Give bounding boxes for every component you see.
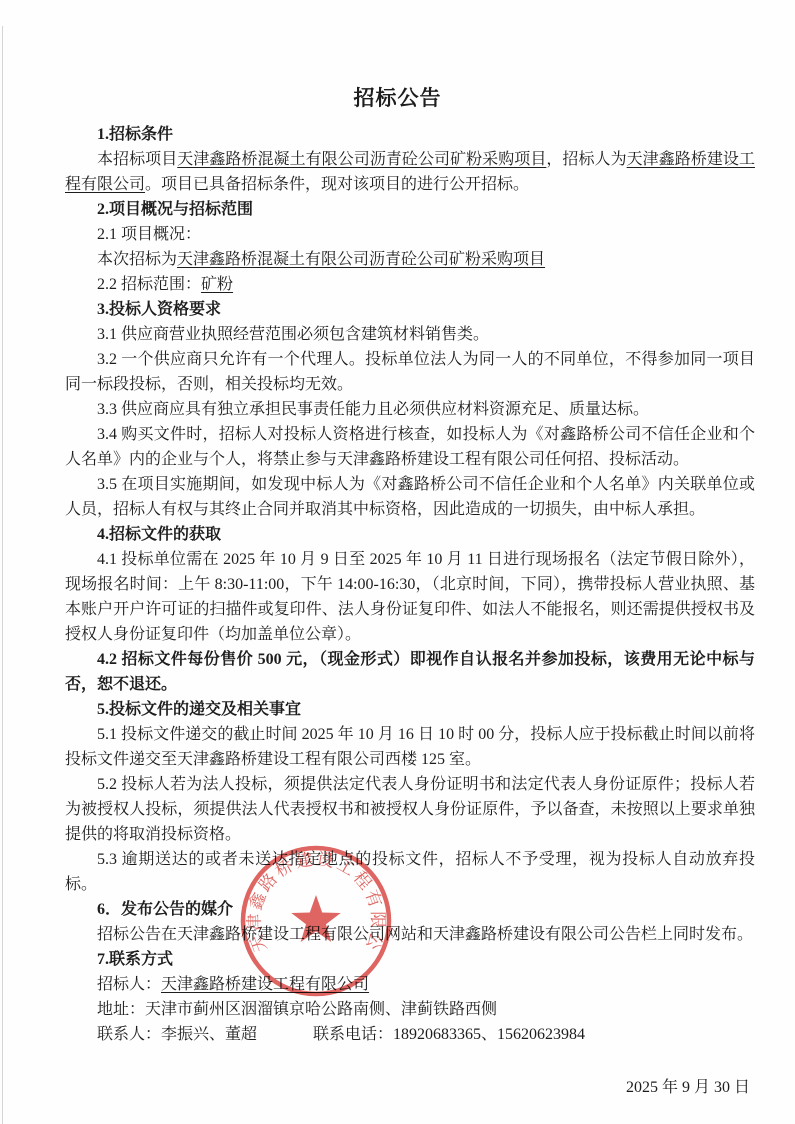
text-segment: 联系电话：18920683365、15620623984 [313,1026,585,1043]
paragraph: 地址：天津市蓟州区洇溜镇京哈公路南侧、津蓟铁路西侧 [65,997,755,1022]
text-segment: 地址：天津市蓟州区洇溜镇京哈公路南侧、津蓟铁路西侧 [97,1001,497,1018]
text-segment: 5.2 投标人若为法人投标，须提供法定代表人身份证明书和法定代表人身份证原件；投… [65,776,755,843]
text-segment: 6．发布公告的媒介 [97,901,233,918]
paragraph: 本次招标为天津鑫路桥混凝土有限公司沥青砼公司矿粉采购项目 [65,247,755,272]
document-page: 招标公告 1.招标条件本招标项目天津鑫路桥混凝土有限公司沥青砼公司矿粉采购项目，… [0,0,795,1124]
text-segment: 3.1 供应商营业执照经营范围必须包含建筑材料销售类。 [97,326,489,343]
text-segment: ，招标人为 [546,151,626,168]
text-segment: 7.联系方式 [97,951,173,968]
paragraph: 2.1 项目概况： [65,222,755,247]
text-segment: 5.3 逾期送达的或者未送达指定地点的投标文件，招标人不予受理，视为投标人自动放… [65,851,755,893]
text-segment: 5.投标文件的递交及相关事宜 [97,701,301,718]
text-segment: 2.项目概况与招标范围 [97,201,253,218]
text-segment: 2.2 招标范围： [97,276,201,293]
text-segment: 1.招标条件 [97,126,173,143]
text-segment: 联系人：李振兴、董超 [97,1026,257,1043]
text-segment: 招标公告在天津鑫路桥建设工程有限公司网站和天津鑫路桥建设有限公司公告栏上同时发布… [97,926,753,943]
paragraph: 3.3 供应商应具有独立承担民事责任能力且必须供应材料资源充足、质量达标。 [65,397,755,422]
date-line: 2025 年 9 月 30 日 [0,1074,795,1097]
underlined-text: 天津鑫路桥混凝土有限公司沥青砼公司矿粉采购项目 [177,251,545,268]
text-segment: 4.1 投标单位需在 2025 年 10 月 9 日至 2025 年 10 月 … [65,551,755,643]
paragraph: 3.1 供应商营业执照经营范围必须包含建筑材料销售类。 [65,322,755,347]
page-title: 招标公告 [0,82,795,112]
paragraph: 5.2 投标人若为法人投标，须提供法定代表人身份证明书和法定代表人身份证原件；投… [65,772,755,847]
text-segment: 本次招标为 [97,251,177,268]
text-segment: 3.5 在项目实施期间，如发现中标人为《对鑫路桥公司不信任企业和个人名单》内关联… [65,476,755,518]
section-heading: 4.招标文件的获取 [65,522,755,547]
section-heading: 7.联系方式 [65,947,755,972]
text-segment: 。项目已具备招标条件，现对该项目的进行公开招标。 [145,176,529,193]
text-segment: 3.2 一个供应商只允许有一个代理人。投标单位法人为同一人的不同单位，不得参加同… [65,351,755,393]
text-segment: 2.1 项目概况： [97,226,201,243]
paragraph: 招标人：天津鑫路桥建设工程有限公司 [65,972,755,997]
text-segment: 本招标项目 [97,151,177,168]
section-heading: 5.投标文件的递交及相关事宜 [65,697,755,722]
paragraph: 联系人：李振兴、董超联系电话：18920683365、15620623984 [65,1022,755,1047]
document-body: 1.招标条件本招标项目天津鑫路桥混凝土有限公司沥青砼公司矿粉采购项目，招标人为天… [65,122,755,1047]
paragraph: 3.4 购买文件时，招标人对投标人资格进行核查，如投标人为《对鑫路桥公司不信任企… [65,422,755,472]
section-heading: 3.投标人资格要求 [65,297,755,322]
text-segment: 3.3 供应商应具有独立承担民事责任能力且必须供应材料资源充足、质量达标。 [97,401,649,418]
text-segment: 4.招标文件的获取 [97,526,221,543]
text-segment: 3.4 购买文件时，招标人对投标人资格进行核查，如投标人为《对鑫路桥公司不信任企… [65,426,755,468]
paragraph: 招标公告在天津鑫路桥建设工程有限公司网站和天津鑫路桥建设有限公司公告栏上同时发布… [65,922,755,947]
underlined-text: 矿粉 [201,276,233,293]
text-segment: 4.2 招标文件每份售价 500 元，（现金形式）即视作自认报名并参加投标，该费… [65,651,755,693]
text-segment: 3.投标人资格要求 [97,301,221,318]
underlined-text: 天津鑫路桥建设工程有限公司 [161,976,369,993]
paragraph: 4.2 招标文件每份售价 500 元，（现金形式）即视作自认报名并参加投标，该费… [65,647,755,697]
paragraph: 2.2 招标范围：矿粉 [65,272,755,297]
text-segment: 5.1 投标文件递交的截止时间 2025 年 10 月 16 日 10 时 00… [65,726,755,768]
paragraph: 5.3 逾期送达的或者未送达指定地点的投标文件，招标人不予受理，视为投标人自动放… [65,847,755,897]
paragraph: 5.1 投标文件递交的截止时间 2025 年 10 月 16 日 10 时 00… [65,722,755,772]
paragraph: 3.5 在项目实施期间，如发现中标人为《对鑫路桥公司不信任企业和个人名单》内关联… [65,472,755,522]
paragraph: 本招标项目天津鑫路桥混凝土有限公司沥青砼公司矿粉采购项目，招标人为天津鑫路桥建设… [65,147,755,197]
text-segment: 招标人： [97,976,161,993]
paragraph: 3.2 一个供应商只允许有一个代理人。投标单位法人为同一人的不同单位，不得参加同… [65,347,755,397]
paragraph: 4.1 投标单位需在 2025 年 10 月 9 日至 2025 年 10 月 … [65,547,755,647]
section-heading: 6．发布公告的媒介 [65,897,755,922]
underlined-text: 天津鑫路桥混凝土有限公司沥青砼公司矿粉采购项目 [177,151,546,168]
section-heading: 2.项目概况与招标范围 [65,197,755,222]
section-heading: 1.招标条件 [65,122,755,147]
